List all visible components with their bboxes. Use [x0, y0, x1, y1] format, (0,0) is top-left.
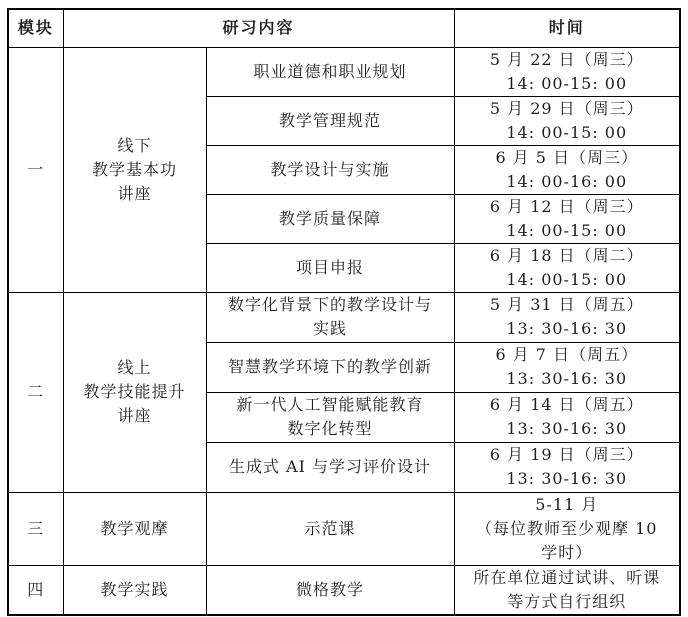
time-cell: 6 月 12 日（周三） 14: 00-15: 00: [454, 194, 680, 243]
module-category-4: 教学实践: [63, 565, 206, 615]
content-cell: 职业道德和职业规划: [206, 47, 454, 96]
module-id-2: 二: [8, 292, 63, 492]
content-cell: 智慧教学环境下的教学创新: [206, 342, 454, 392]
content-cell: 新一代人工智能赋能教育 数字化转型: [206, 392, 454, 442]
module-id-1: 一: [8, 47, 63, 292]
module-id-3: 三: [8, 492, 63, 565]
time-cell: 5 月 31 日（周五） 13: 30-16: 30: [454, 292, 680, 342]
time-cell: 所在单位通过试讲、听课 等方式自行组织: [454, 565, 680, 615]
module-category-3: 教学观摩: [63, 492, 206, 565]
content-cell: 项目申报: [206, 243, 454, 292]
header-module: 模块: [8, 9, 63, 47]
table-row: 四 教学实践 微格教学 所在单位通过试讲、听课 等方式自行组织: [8, 565, 680, 615]
content-cell: 教学质量保障: [206, 194, 454, 243]
header-content: 研习内容: [63, 9, 454, 47]
time-cell: 6 月 14 日（周五） 13: 30-16: 30: [454, 392, 680, 442]
header-time: 时间: [454, 9, 680, 47]
module-category-2: 线上 教学技能提升 讲座: [63, 292, 206, 492]
content-cell: 数字化背景下的教学设计与 实践: [206, 292, 454, 342]
time-cell: 5 月 29 日（周三） 14: 00-15: 00: [454, 96, 680, 145]
module-id-4: 四: [8, 565, 63, 615]
header-row: 模块 研习内容 时间: [8, 9, 680, 47]
table-row: 二 线上 教学技能提升 讲座 数字化背景下的教学设计与 实践 5 月 31 日（…: [8, 292, 680, 342]
module-category-1: 线下 教学基本功 讲座: [63, 47, 206, 292]
content-cell: 生成式 AI 与学习评价设计: [206, 442, 454, 492]
content-cell: 微格教学: [206, 565, 454, 615]
time-cell: 6 月 18 日（周二） 14: 00-15: 00: [454, 243, 680, 292]
table-row: 一 线下 教学基本功 讲座 职业道德和职业规划 5 月 22 日（周三） 14:…: [8, 47, 680, 96]
content-cell: 示范课: [206, 492, 454, 565]
time-cell: 6 月 19 日（周三） 13: 30-16: 30: [454, 442, 680, 492]
content-cell: 教学管理规范: [206, 96, 454, 145]
time-cell: 5 月 22 日（周三） 14: 00-15: 00: [454, 47, 680, 96]
time-cell: 5-11 月 （每位教师至少观摩 10 学时）: [454, 492, 680, 565]
time-cell: 6 月 5 日（周三） 14: 00-16: 00: [454, 145, 680, 194]
training-schedule-table: 模块 研习内容 时间 一 线下 教学基本功 讲座 职业道德和职业规划 5 月 2…: [7, 8, 681, 616]
content-cell: 教学设计与实施: [206, 145, 454, 194]
table-row: 三 教学观摩 示范课 5-11 月 （每位教师至少观摩 10 学时）: [8, 492, 680, 565]
time-cell: 6 月 7 日（周五） 13: 30-16: 30: [454, 342, 680, 392]
